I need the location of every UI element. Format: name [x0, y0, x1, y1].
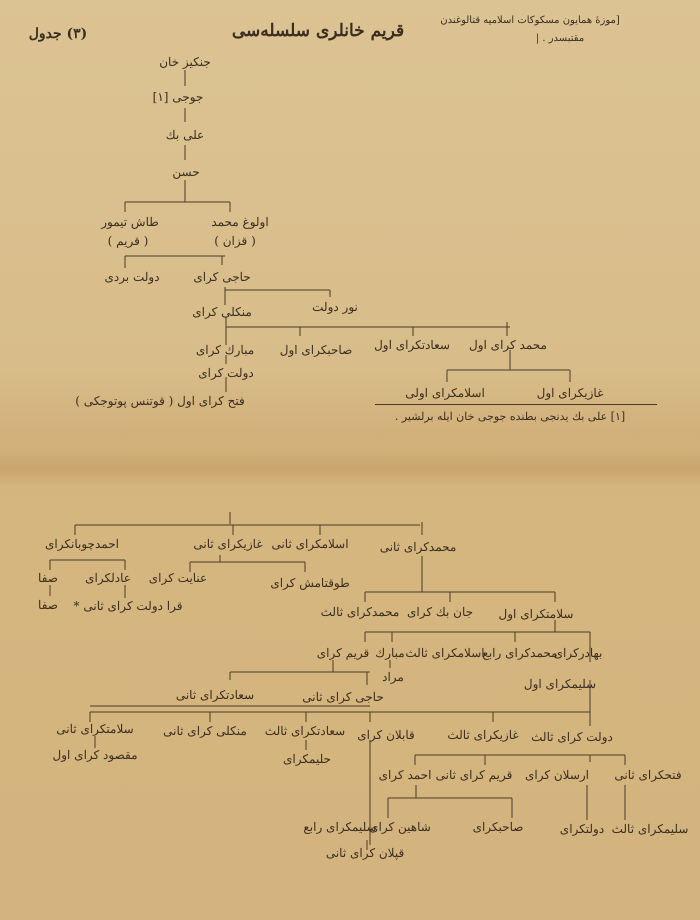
node-inayet-giray: عنایت کرای [149, 571, 207, 585]
node-hasan: حسن [172, 165, 199, 179]
node-ghazi-giray-2: غازیکرای ثانی [193, 537, 262, 551]
node-islam-giray-3: اسلامکرای ثالث [405, 646, 484, 660]
node-muhammad-giray-3: محمدکرای ثالث [321, 605, 400, 619]
node-safa: صفا [38, 571, 58, 585]
node-sahib-giray-1: صاحبکرای اول [280, 343, 353, 357]
node-ahmed-choban-giray: احمدچوبانکرای [45, 537, 119, 551]
source-note-line2: مقتبسدر . | [536, 32, 584, 46]
node-halim-giray: حلیمکرای [283, 752, 331, 766]
node-saadet-giray-1: سعادتکرای اول [374, 338, 450, 352]
node-saadet-giray-2: سعادتکرای ثانی [176, 688, 254, 702]
node-ulugh-muhammad-note: ( قزان ) [214, 234, 256, 248]
node-islam-giray-1: اسلامکرای اولی [405, 386, 485, 400]
node-kirim-giray-2: قریم کرای ثانی [436, 768, 513, 782]
node-islam-giray-2: اسلامکرای ثانی [271, 537, 348, 551]
node-ulugh-muhammad: اولوغ محمد [211, 215, 268, 229]
table-number: (۳) جدول [29, 27, 88, 41]
node-janbek-giray: جان بك کرای [407, 605, 473, 619]
node-devlet-giray-3: دولت کرای ثالث [531, 730, 613, 744]
node-kaplan-giray-2: قپلان کرای ثانی [326, 846, 404, 860]
node-tash-timur: طاش تیمور [101, 215, 159, 229]
node-maksud-giray-1: مقصود کرای اول [53, 748, 138, 762]
node-haji-giray: حاجی کرای [193, 270, 250, 284]
node-sahib-giray: صاحبکرای [473, 820, 524, 834]
node-selamet-giray-2: سلامتکرای ثانی [56, 722, 133, 736]
node-devlet-giray-4: دولتکرای [560, 822, 604, 836]
node-ghazi-giray-1: غازیکرای اول [537, 386, 604, 400]
node-ahmed-giray: احمد کرای [379, 768, 432, 782]
node-mengli-giray: منکلی کرای [192, 305, 252, 319]
node-selim-giray-1: سلیمکرای اول [524, 677, 596, 691]
node-fetih-giray-1: فتح کرای اول ( قوتنس پوتوجکی ) [75, 394, 245, 408]
node-selim-giray-3: سلیمکرای ثالث [612, 822, 689, 836]
node-muhammad-giray-1: محمد کرای اول [469, 338, 547, 352]
node-kirim-giray: قریم کرای [317, 646, 370, 660]
node-safa-2: صفا [38, 598, 58, 612]
footnote-rule [375, 404, 657, 405]
node-muhammad-giray-4: محمدکرای رابع [482, 646, 557, 660]
node-saadet-giray-3: سعادتکرای ثالث [265, 724, 345, 738]
node-selim-giray-4: سلیمکرای رابع [303, 820, 376, 834]
node-jochi: جوجی [۱] [153, 90, 204, 104]
node-devlet-berdi: دولت بردی [104, 270, 159, 284]
footnote: [۱] علی بك یدنجی بطنده جوجی خان ایله برل… [395, 410, 625, 424]
node-muhammad-giray-2: محمدکرای ثانی [380, 540, 457, 554]
tree-connector-lines [0, 0, 700, 920]
node-bahadir-giray: بهادرکرای [554, 646, 603, 660]
node-kaplan-giray: قابلان کرای [357, 728, 415, 742]
node-toktamish-giray: طوقتامش کرای [270, 576, 349, 590]
node-adil-giray: عادلکرای [85, 571, 131, 585]
node-mubarek: مبارك [375, 646, 404, 660]
node-nur-devlet: نور دولت [312, 300, 358, 314]
node-murad: مراد [382, 670, 404, 684]
page-title: قریم خانلری سلسله‌سی [232, 24, 404, 38]
node-mengli-giray-2: منکلی کرای ثانی [163, 724, 247, 738]
node-mubarek-giray: مبارك کرای [196, 343, 254, 357]
source-note-line1: [موزهٔ همایون مسکوکات اسلامیه قتالوغندن [440, 14, 620, 28]
node-shahin-giray: شاهین کرای [369, 820, 431, 834]
node-arslan-giray: ارسلان کرای [525, 768, 589, 782]
node-chingiz-khan: جنکیز خان [159, 55, 211, 69]
node-devlet-giray: دولت کرای [198, 366, 253, 380]
node-selamet-giray-1: سلامتکرای اول [499, 607, 574, 621]
node-fetih-giray-2: فتحکرای ثانی [614, 768, 681, 782]
node-kara-devlet-giray-2: قرا دولت کرای ثانی * [74, 599, 183, 613]
node-tash-timur-note: ( قریم ) [108, 234, 149, 248]
node-ghazi-giray-3: غازیکرای ثالث [447, 728, 518, 742]
node-ali-bek: علی بك [166, 128, 204, 142]
node-haji-giray-2: حاجی کرای ثانی [302, 690, 384, 704]
